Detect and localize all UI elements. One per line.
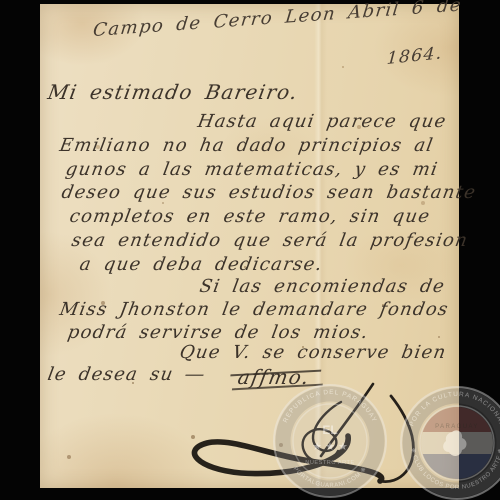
- signature-flourish: [135, 376, 465, 490]
- body-line: Si las encomiendas de: [198, 276, 447, 297]
- salutation: Mi estimado Bareiro.: [46, 80, 300, 104]
- paper-stain-speckles: [40, 4, 42, 6]
- body-line: Emiliano no ha dado principios al: [58, 135, 435, 156]
- body-line: sea entendido que será la profesion: [70, 230, 470, 251]
- closing-line: Que V. se conserve bien: [178, 342, 448, 363]
- body-line: deseo que sus estudios sean bastante: [60, 182, 478, 203]
- body-line: podrá servirse de los mios.: [66, 322, 370, 343]
- body-line: Hasta aqui parece que: [196, 111, 448, 132]
- dateline: Campo de Cerro Leon Abril 6 de: [92, 0, 463, 41]
- body-line: Miss Jhonston le demandare fondos: [58, 299, 450, 320]
- body-line: completos en este ramo, sin que: [68, 206, 432, 227]
- scanned-letter-photo: Campo de Cerro Leon Abril 6 de 1864. Mi …: [0, 0, 500, 500]
- body-line: gunos a las matematicas, y es mi: [64, 159, 440, 180]
- body-line: a que deba dedicarse.: [78, 254, 325, 275]
- dateline-year: 1864.: [386, 43, 443, 69]
- letter-paper: Campo de Cerro Leon Abril 6 de 1864. Mi …: [40, 4, 459, 488]
